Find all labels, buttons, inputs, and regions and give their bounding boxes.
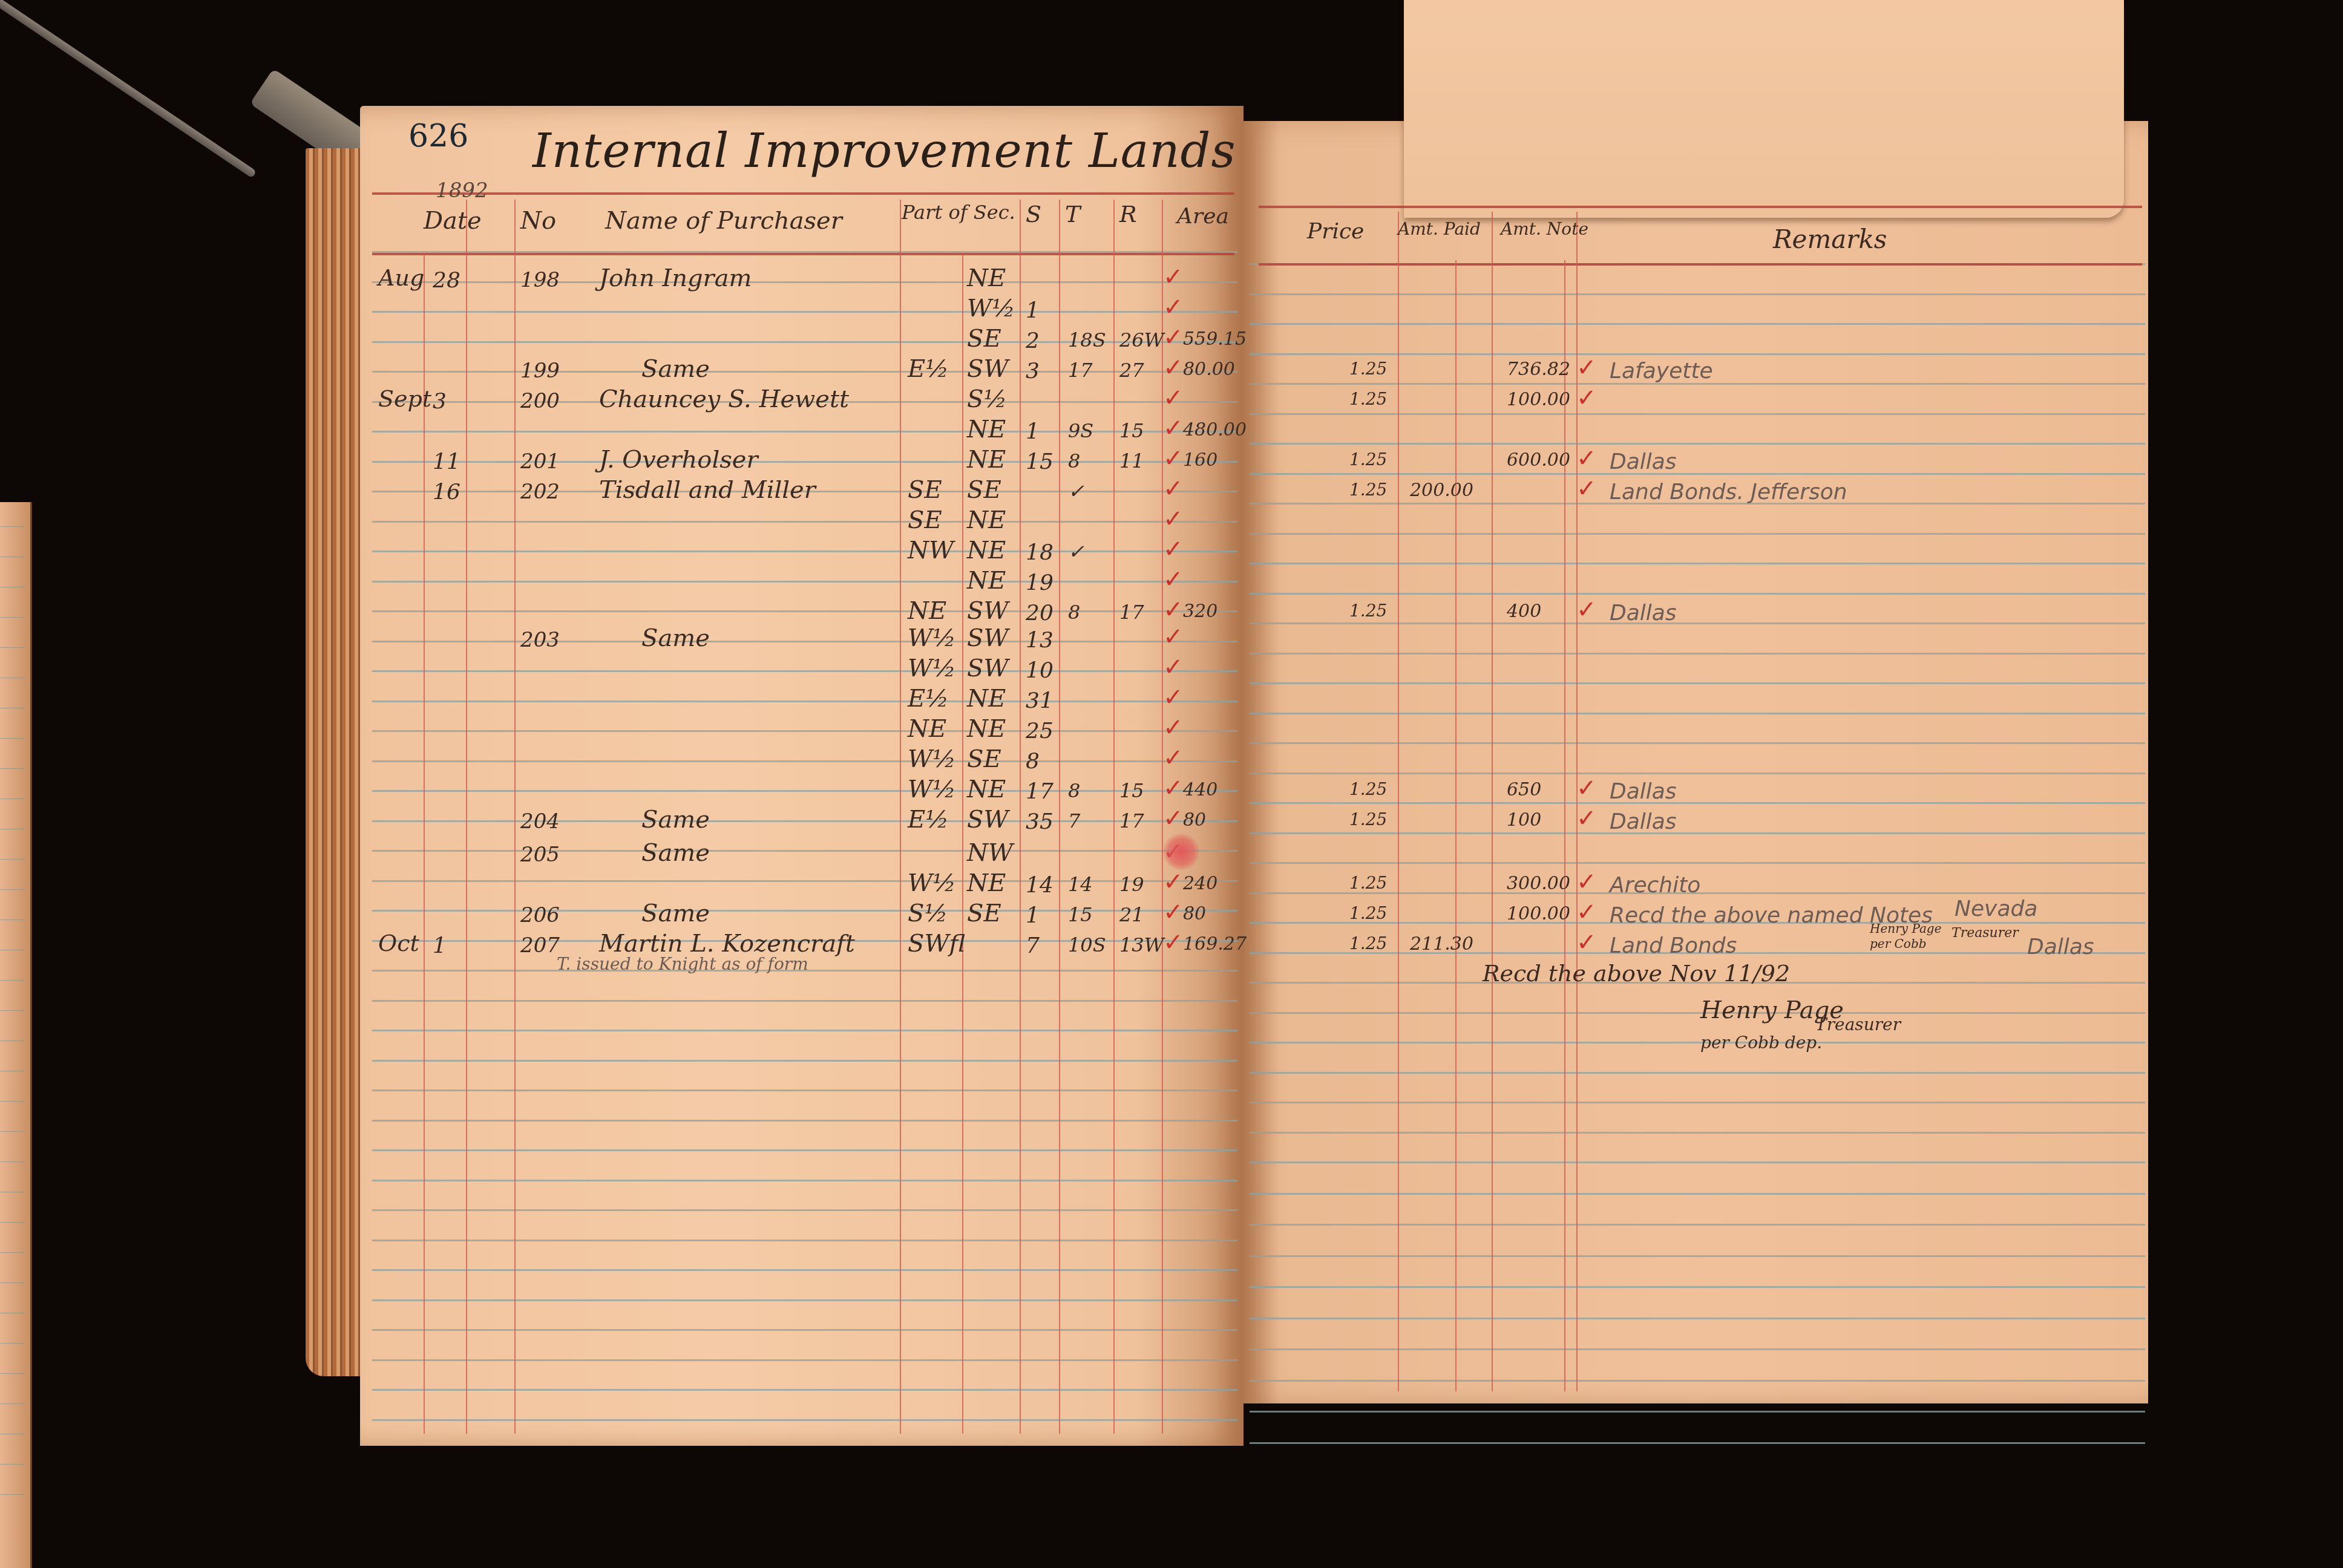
check-mark-icon: ✓ bbox=[1163, 806, 1184, 831]
row-part-of-sec-a: W½ bbox=[908, 747, 956, 771]
row-part-of-sec-b: SE bbox=[967, 747, 1001, 771]
row-township: ✓ bbox=[1068, 482, 1084, 501]
inserted-paper-slip bbox=[1404, 0, 2124, 218]
row-part-of-sec-a: SWfl bbox=[908, 932, 965, 956]
check-mark-icon: ✓ bbox=[1163, 900, 1184, 924]
ruled-line bbox=[372, 431, 1237, 433]
row-amount-note: 736.82 bbox=[1507, 361, 1570, 379]
row-price: 1.25 bbox=[1349, 391, 1387, 408]
row-part-of-sec-a: W½ bbox=[908, 871, 956, 895]
column-rule bbox=[424, 253, 425, 1434]
ruled-line bbox=[372, 1419, 1237, 1421]
check-mark-icon: ✓ bbox=[1163, 716, 1184, 740]
row-price: 1.25 bbox=[1349, 811, 1387, 828]
ruled-line bbox=[1250, 1072, 2145, 1074]
check-mark-icon: ✓ bbox=[1163, 537, 1184, 561]
row-range: 19 bbox=[1119, 875, 1144, 894]
header-top-rule bbox=[372, 192, 1234, 195]
ruled-line bbox=[1250, 473, 2145, 475]
column-rule bbox=[1455, 260, 1457, 1391]
row-township: 9S bbox=[1068, 421, 1093, 440]
row-purchaser-name: Chauncey S. Hewett bbox=[599, 387, 849, 411]
row-part-of-sec-b: SW bbox=[967, 626, 1009, 650]
ruled-line bbox=[372, 1120, 1237, 1122]
row-amount-paid: 200.00 bbox=[1410, 482, 1473, 500]
row-area: 169.27 bbox=[1183, 935, 1247, 953]
ruled-line bbox=[372, 1030, 1237, 1031]
ruled-line bbox=[372, 701, 1237, 702]
check-mark-icon: ✓ bbox=[1576, 598, 1597, 622]
row-amount-note: 100.00 bbox=[1507, 905, 1570, 923]
row-remarks: Arechito bbox=[1610, 875, 1700, 897]
ruled-line bbox=[372, 730, 1237, 732]
row-section: 7 bbox=[1026, 935, 1040, 957]
header-number: No bbox=[520, 209, 556, 233]
ruled-line bbox=[1250, 653, 2145, 655]
ruled-line bbox=[1250, 1224, 2145, 1226]
ruled-line bbox=[1250, 1102, 2145, 1103]
row-day: 1 bbox=[433, 935, 447, 957]
row-price: 1.25 bbox=[1349, 482, 1387, 498]
ruled-line bbox=[1250, 773, 2145, 774]
row-purchaser-name: Same bbox=[641, 841, 710, 865]
row-purchaser-name: Same bbox=[641, 808, 710, 832]
ruled-line bbox=[1250, 1255, 2145, 1257]
row-range: 15 bbox=[1119, 421, 1144, 440]
row-part-of-sec-b: SW bbox=[967, 599, 1009, 623]
header-bottom-rule bbox=[372, 253, 1234, 255]
row-range: 26W bbox=[1119, 330, 1164, 350]
row-part-of-sec-b: NE bbox=[967, 448, 1006, 472]
row-purchaser-name: J. Overholser bbox=[599, 448, 758, 472]
row-month: Aug bbox=[378, 266, 424, 289]
ledger-right-page bbox=[1244, 121, 2148, 1403]
ruled-line bbox=[372, 790, 1237, 792]
header-amount-paid: Amt. Paid bbox=[1398, 221, 1481, 238]
row-remarks: Dallas bbox=[1610, 603, 1677, 624]
ruled-line bbox=[372, 910, 1237, 912]
row-township: 18S bbox=[1068, 330, 1106, 350]
ruled-line bbox=[372, 1389, 1237, 1391]
header-twp: T bbox=[1065, 203, 1080, 226]
row-range: 11 bbox=[1119, 451, 1144, 471]
row-range: 15 bbox=[1119, 781, 1144, 800]
header-date: Date bbox=[424, 209, 482, 233]
row-month: Sept bbox=[378, 387, 431, 410]
row-township: ✓ bbox=[1068, 542, 1084, 561]
check-mark-icon: ✓ bbox=[1163, 446, 1184, 471]
column-rule bbox=[962, 253, 963, 1434]
ruled-line bbox=[1250, 1132, 2145, 1134]
row-remarks: Recd the above named Notes bbox=[1610, 905, 1933, 927]
remark-nevada: Nevada bbox=[1955, 898, 2037, 920]
ruled-line bbox=[372, 281, 1237, 283]
ruled-line bbox=[372, 760, 1237, 762]
row-section: 8 bbox=[1026, 751, 1040, 773]
header-remarks: Remarks bbox=[1773, 227, 1887, 252]
remark-dallas-last: Dallas bbox=[2027, 936, 2094, 958]
ledger-left-page bbox=[360, 106, 1244, 1446]
column-rule bbox=[466, 200, 467, 1434]
row-day: 28 bbox=[433, 270, 460, 292]
ruled-line bbox=[372, 1299, 1237, 1301]
ruled-line bbox=[372, 850, 1237, 852]
row-number: 206 bbox=[520, 905, 560, 926]
row-section: 15 bbox=[1026, 451, 1054, 473]
row-part-of-sec-b: SE bbox=[967, 327, 1001, 351]
row-section: 10 bbox=[1026, 660, 1054, 682]
row-remarks: Land Bonds. Jefferson bbox=[1610, 482, 1847, 503]
row-range: 27 bbox=[1119, 361, 1144, 380]
row-part-of-sec-b: SW bbox=[967, 808, 1009, 832]
header-amount-note: Amt. Note bbox=[1501, 221, 1588, 238]
remark-treasurer-small: Treasurer bbox=[1951, 927, 2019, 940]
header-top-rule bbox=[1259, 206, 2142, 208]
check-mark-icon: ✓ bbox=[1576, 930, 1597, 955]
row-amount-note: 600.00 bbox=[1507, 451, 1570, 469]
column-rule bbox=[1398, 212, 1399, 1391]
check-mark-icon: ✓ bbox=[1576, 386, 1597, 410]
row-part-of-sec-b: NE bbox=[967, 687, 1006, 711]
ruled-line bbox=[1250, 1012, 2145, 1014]
row-part-of-sec-b: NE bbox=[967, 777, 1006, 802]
ruled-line bbox=[372, 1180, 1237, 1181]
header-sec: S bbox=[1026, 203, 1041, 226]
row-section: 19 bbox=[1026, 572, 1054, 594]
column-rule bbox=[1113, 200, 1115, 1434]
row-part-of-sec-b: NE bbox=[967, 871, 1006, 895]
ruled-line bbox=[372, 641, 1237, 642]
ruled-line bbox=[372, 1240, 1237, 1241]
row-range: 17 bbox=[1119, 603, 1144, 622]
row-area: 80 bbox=[1183, 905, 1206, 923]
row-area: 80 bbox=[1183, 811, 1206, 829]
check-mark-icon: ✓ bbox=[1163, 746, 1184, 770]
ledger-year: 1892 bbox=[436, 180, 488, 201]
row-number: 198 bbox=[520, 270, 560, 290]
column-rule bbox=[1020, 200, 1021, 1434]
row-range: 21 bbox=[1119, 905, 1144, 924]
ruled-line bbox=[1250, 1286, 2145, 1288]
row-amount-note: 650 bbox=[1507, 781, 1541, 799]
check-mark-icon: ✓ bbox=[1163, 870, 1184, 894]
row-purchaser-name: Same bbox=[641, 901, 710, 926]
check-mark-icon: ✓ bbox=[1163, 685, 1184, 710]
ruled-line bbox=[372, 1060, 1237, 1062]
header-area: Area bbox=[1177, 206, 1229, 227]
row-township: 14 bbox=[1068, 875, 1093, 894]
check-mark-icon: ✓ bbox=[1163, 295, 1184, 319]
ruled-line bbox=[1250, 1380, 2145, 1382]
ruled-line bbox=[372, 341, 1237, 343]
row-number: 200 bbox=[520, 391, 560, 411]
row-section: 20 bbox=[1026, 603, 1054, 624]
row-remarks: Dallas bbox=[1610, 451, 1677, 473]
signature-title-treasurer: Treasurer bbox=[1815, 1016, 1901, 1033]
ruled-line bbox=[1250, 593, 2145, 595]
row-remarks: Dallas bbox=[1610, 811, 1677, 833]
ruled-line bbox=[372, 461, 1237, 463]
row-part-of-sec-a: E½ bbox=[908, 808, 949, 832]
header-part-of-sec: Part of Sec. bbox=[902, 203, 1015, 222]
header-bottom-rule bbox=[1259, 263, 2142, 266]
ruled-line bbox=[1250, 742, 2145, 744]
spatula-handle bbox=[0, 0, 257, 178]
check-mark-icon: ✓ bbox=[1576, 870, 1597, 894]
ruled-line bbox=[372, 550, 1237, 552]
row-number: 201 bbox=[520, 451, 560, 472]
row-price: 1.25 bbox=[1349, 935, 1387, 952]
ruled-line bbox=[372, 820, 1237, 822]
row-area: 440 bbox=[1183, 781, 1217, 799]
row-part-of-sec-b: NW bbox=[967, 841, 1013, 865]
row-day: 16 bbox=[433, 482, 460, 503]
row-area: 320 bbox=[1183, 603, 1217, 621]
ruled-line bbox=[372, 1329, 1237, 1331]
ruled-line bbox=[1250, 713, 2145, 714]
row-part-of-sec-a: W½ bbox=[908, 626, 956, 650]
check-mark-icon: ✓ bbox=[1163, 477, 1184, 501]
adjacent-volume-page-edge bbox=[0, 502, 32, 1568]
row-part-of-sec-b: NE bbox=[967, 569, 1006, 593]
received-note: Recd the above Nov 11/92 bbox=[1483, 962, 1790, 985]
check-mark-icon: ✓ bbox=[1163, 598, 1184, 622]
check-mark-icon: ✓ bbox=[1163, 655, 1184, 679]
page-number: 626 bbox=[408, 118, 468, 154]
header-price: Price bbox=[1307, 221, 1364, 243]
check-mark-icon: ✓ bbox=[1163, 567, 1184, 592]
slip-bleedthrough-text bbox=[1559, 36, 1575, 81]
row-amount-note: 300.00 bbox=[1507, 875, 1570, 893]
row-section: 1 bbox=[1026, 905, 1040, 927]
row-purchaser-name: Tisdall and Miller bbox=[599, 478, 816, 502]
ruled-line bbox=[372, 371, 1237, 373]
column-rule bbox=[1059, 200, 1060, 1434]
row-section: 13 bbox=[1026, 630, 1054, 652]
ruled-line bbox=[1250, 802, 2145, 804]
row-section: 17 bbox=[1026, 781, 1054, 803]
row-part-of-sec-a: NE bbox=[908, 717, 946, 741]
row-amount-note: 400 bbox=[1507, 603, 1541, 621]
row-section: 3 bbox=[1026, 361, 1040, 382]
name-note: T. issued to Knight as of form bbox=[557, 956, 808, 973]
ruled-line bbox=[372, 610, 1237, 612]
row-section: 31 bbox=[1026, 690, 1054, 712]
ruled-line bbox=[372, 311, 1237, 313]
row-township: 8 bbox=[1068, 781, 1080, 800]
row-area: 559.15 bbox=[1183, 330, 1247, 348]
row-part-of-sec-b: SE bbox=[967, 478, 1001, 502]
row-section: 14 bbox=[1026, 875, 1054, 897]
ruled-line bbox=[1250, 293, 2145, 295]
row-part-of-sec-a: SE bbox=[908, 508, 942, 532]
ruled-line bbox=[1250, 1411, 2145, 1413]
row-day: 11 bbox=[433, 451, 460, 473]
row-township: 8 bbox=[1068, 603, 1080, 622]
check-mark-icon: ✓ bbox=[1576, 356, 1597, 380]
row-purchaser-name: Martin L. Kozencraft bbox=[599, 932, 855, 956]
column-rule bbox=[1492, 212, 1493, 1391]
ruled-line bbox=[1250, 413, 2145, 415]
check-mark-icon: ✓ bbox=[1163, 625, 1184, 649]
row-section: 1 bbox=[1026, 300, 1040, 322]
row-remarks: Land Bonds bbox=[1610, 935, 1737, 957]
check-mark-icon: ✓ bbox=[1576, 900, 1597, 924]
ruled-line bbox=[1250, 533, 2145, 535]
row-part-of-sec-b: S½ bbox=[967, 387, 1007, 411]
row-part-of-sec-a: W½ bbox=[908, 656, 956, 681]
row-part-of-sec-b: SW bbox=[967, 357, 1009, 381]
row-price: 1.25 bbox=[1349, 361, 1387, 377]
row-section: 35 bbox=[1026, 811, 1054, 833]
check-mark-icon: ✓ bbox=[1163, 265, 1184, 289]
column-rule bbox=[900, 200, 901, 1434]
row-township: 17 bbox=[1068, 361, 1093, 380]
check-mark-icon: ✓ bbox=[1163, 507, 1184, 531]
row-part-of-sec-a: NE bbox=[908, 599, 946, 623]
ruled-line bbox=[1250, 682, 2145, 684]
check-mark-icon: ✓ bbox=[1576, 806, 1597, 831]
row-part-of-sec-b: NE bbox=[967, 266, 1006, 290]
row-remarks: Lafayette bbox=[1610, 361, 1713, 382]
ruled-line bbox=[1250, 1348, 2145, 1350]
row-township: 15 bbox=[1068, 905, 1093, 924]
check-mark-icon: ✓ bbox=[1576, 477, 1597, 501]
check-mark-icon: ✓ bbox=[1163, 776, 1184, 800]
ruled-line bbox=[372, 880, 1237, 882]
ruled-line bbox=[1250, 622, 2145, 624]
row-township: 10S bbox=[1068, 935, 1106, 955]
ruled-line bbox=[372, 1149, 1237, 1151]
row-amount-note: 100 bbox=[1507, 811, 1541, 829]
row-part-of-sec-a: E½ bbox=[908, 357, 949, 381]
header-name-of-purchaser: Name of Purchaser bbox=[605, 209, 842, 233]
row-section: 25 bbox=[1026, 720, 1054, 742]
row-part-of-sec-b: NE bbox=[967, 508, 1006, 532]
row-part-of-sec-a: W½ bbox=[908, 777, 956, 802]
row-part-of-sec-a: S½ bbox=[908, 901, 948, 926]
row-number: 199 bbox=[520, 361, 560, 381]
ruled-line bbox=[1250, 443, 2145, 445]
row-area: 160 bbox=[1183, 451, 1217, 469]
row-number: 207 bbox=[520, 935, 560, 956]
row-part-of-sec-a: SE bbox=[908, 478, 942, 502]
row-month: Oct bbox=[378, 932, 419, 955]
check-mark-icon: ✓ bbox=[1576, 776, 1597, 800]
row-number: 204 bbox=[520, 811, 560, 832]
row-range: 13W bbox=[1119, 935, 1164, 955]
row-part-of-sec-b: SW bbox=[967, 656, 1009, 681]
ruled-line bbox=[1250, 1318, 2145, 1319]
check-mark-icon: ✓ bbox=[1163, 416, 1184, 440]
signature-deputy: per Cobb dep. bbox=[1700, 1034, 1822, 1051]
row-price: 1.25 bbox=[1349, 781, 1387, 798]
ruled-line bbox=[372, 521, 1237, 523]
red-ink-blot bbox=[1163, 834, 1199, 870]
ruled-line bbox=[372, 1209, 1237, 1211]
row-price: 1.25 bbox=[1349, 875, 1387, 892]
row-amount-paid: 211.30 bbox=[1410, 935, 1473, 953]
row-part-of-sec-b: W½ bbox=[967, 296, 1015, 321]
check-mark-icon: ✓ bbox=[1163, 386, 1184, 410]
row-area: 80.00 bbox=[1183, 361, 1235, 379]
row-area: 480.00 bbox=[1183, 421, 1247, 439]
row-purchaser-name: John Ingram bbox=[599, 266, 752, 290]
row-amount-note: 100.00 bbox=[1507, 391, 1570, 409]
page-title: Internal Improvement Lands bbox=[532, 124, 1236, 178]
row-section: 1 bbox=[1026, 421, 1040, 443]
row-part-of-sec-b: SE bbox=[967, 901, 1001, 926]
ruled-line bbox=[1250, 323, 2145, 325]
ruled-line bbox=[1250, 1042, 2145, 1044]
row-part-of-sec-b: NE bbox=[967, 538, 1006, 563]
ruled-line bbox=[372, 1269, 1237, 1271]
ruled-line bbox=[1250, 1442, 2145, 1444]
check-mark-icon: ✓ bbox=[1576, 446, 1597, 471]
row-part-of-sec-b: NE bbox=[967, 417, 1006, 442]
ruled-line bbox=[1250, 1193, 2145, 1195]
ruled-line bbox=[1250, 353, 2145, 355]
check-mark-icon: ✓ bbox=[1163, 325, 1184, 350]
check-mark-icon: ✓ bbox=[1163, 930, 1184, 955]
row-number: 203 bbox=[520, 630, 560, 650]
row-section: 18 bbox=[1026, 542, 1054, 564]
row-purchaser-name: Same bbox=[641, 357, 710, 381]
ruled-line bbox=[1250, 1161, 2145, 1163]
row-part-of-sec-a: E½ bbox=[908, 687, 949, 711]
ruled-line bbox=[372, 581, 1237, 583]
ruled-line bbox=[1250, 563, 2145, 564]
row-price: 1.25 bbox=[1349, 905, 1387, 922]
row-number: 202 bbox=[520, 482, 560, 502]
ruled-line bbox=[372, 1089, 1237, 1091]
row-price: 1.25 bbox=[1349, 451, 1387, 468]
row-range: 17 bbox=[1119, 811, 1144, 831]
row-number: 205 bbox=[520, 844, 560, 865]
ruled-line bbox=[372, 1000, 1237, 1002]
column-rule bbox=[514, 200, 516, 1434]
check-mark-icon: ✓ bbox=[1163, 356, 1184, 380]
row-purchaser-name: Same bbox=[641, 626, 710, 650]
row-day: 3 bbox=[433, 391, 447, 413]
row-township: 7 bbox=[1068, 811, 1080, 831]
remark-per-cobb-small: per Cobb bbox=[1870, 938, 1927, 950]
ruled-line bbox=[1250, 832, 2145, 834]
row-price: 1.25 bbox=[1349, 603, 1387, 619]
row-part-of-sec-b: NE bbox=[967, 717, 1006, 741]
header-rng: R bbox=[1119, 203, 1137, 226]
row-township: 8 bbox=[1068, 451, 1080, 471]
row-area: 240 bbox=[1183, 875, 1217, 893]
ledger-page-stack-edge bbox=[306, 148, 366, 1376]
column-rule bbox=[1564, 260, 1565, 1391]
ruled-line bbox=[372, 670, 1237, 672]
row-section: 2 bbox=[1026, 330, 1040, 352]
row-remarks: Dallas bbox=[1610, 781, 1677, 803]
ruled-line bbox=[1250, 862, 2145, 864]
ruled-line bbox=[372, 1359, 1237, 1361]
row-part-of-sec-a: NW bbox=[908, 538, 954, 563]
